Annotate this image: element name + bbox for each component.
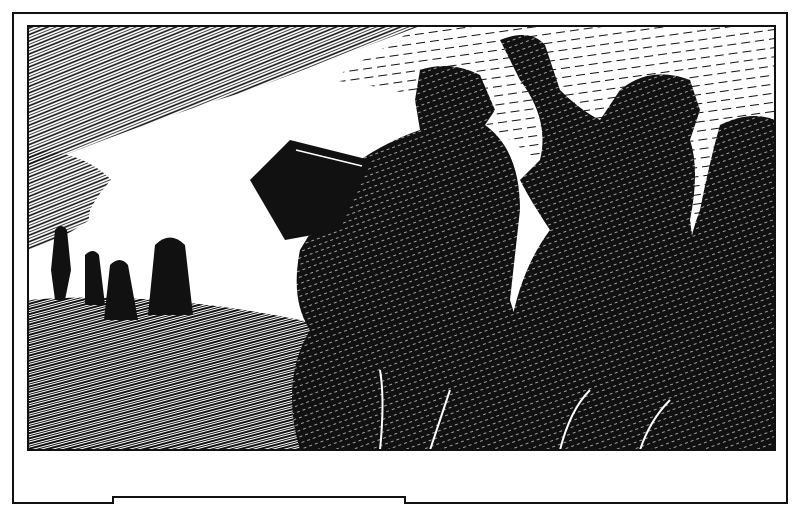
scene (28, 26, 775, 450)
illustration (0, 0, 800, 518)
